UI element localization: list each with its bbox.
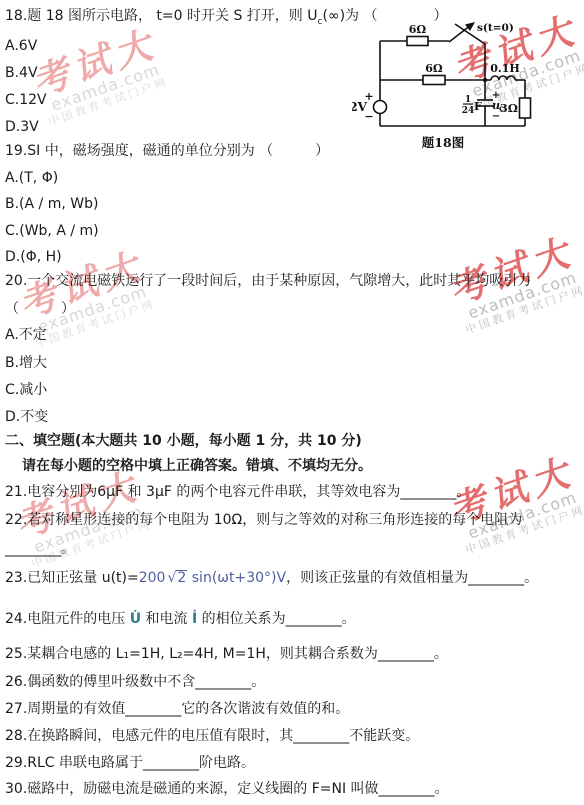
section-2-instruction: 请在每小题的空格中填上正确答案。错填、不填均无分。 [22, 458, 372, 475]
question-18-option-a: A.6V [5, 38, 37, 55]
question-22-line1: 22.若对称星形连接的每个电阻为 10Ω，则与之等效的对称三角形连接的每个电阻为 [5, 512, 522, 529]
question-21: 21.电容分别为6μF 和 3μF 的两个电容元件串联，其等效电容为______… [5, 484, 470, 501]
question-18-option-b: B.4V [5, 65, 38, 82]
question-20-option-b: B.增大 [5, 355, 47, 372]
sqrt-sign: √ [167, 570, 176, 586]
question-24-suffix: 的相位关系为________。 [197, 611, 355, 627]
question-24: 24.电阻元件的电压 U̇ 和电流 İ 的相位关系为________。 [5, 611, 356, 628]
question-27: 27.周期量的有效值________它的各次谐波有效值的和。 [5, 701, 349, 718]
voltage-phasor-symbol: U̇ [130, 611, 141, 627]
capacitor-fraction-denominator: 24 [462, 106, 475, 116]
question-19-option-d: D.(Φ, H) [5, 249, 62, 266]
question-23-suffix: ，则该正弦量的有效值相量为________。 [286, 570, 538, 586]
watermark-brand: 考试大 [445, 233, 579, 310]
inductor-label: 0.1H [490, 62, 520, 75]
question-20-option-c: C.减小 [5, 382, 47, 399]
switch-arrow-icon [465, 22, 475, 31]
watermark-site: 中国教育考试门户网 [47, 76, 171, 129]
question-19-option-c: C.(Wb, A / m) [5, 223, 99, 240]
formula-rest: sin(ωt+30°)V [187, 570, 286, 586]
question-23-formula: 200√2 sin(ωt+30°)V [139, 570, 286, 586]
question-24-prefix: 24.电阻元件的电压 [5, 611, 130, 627]
watermark: 考试大 examda.com 中国教育考试门户网 [28, 25, 172, 130]
question-22-line2: ________。 [5, 541, 75, 558]
resistor-mid-label: 6Ω [425, 62, 443, 75]
question-23: 23.已知正弦量 u(t)=200√2 sin(ωt+30°)V，则该正弦量的有… [5, 570, 538, 587]
question-20-option-d: D.不变 [5, 409, 48, 426]
question-18-option-c: C.12V [5, 92, 47, 109]
section-2-heading: 二、填空题(本大题共 10 小题，每小题 1 分，共 10 分) [5, 433, 362, 450]
formula-coefficient: 200 [139, 570, 166, 586]
watermark-domain: examda.com [49, 60, 167, 115]
figure-caption: 题18图 [422, 135, 464, 150]
question-29: 29.RLC 串联电路属于________阶电路。 [5, 755, 255, 772]
question-19-stem: 19.SI 中，磁场强度，磁通的单位分别为 （ ） [5, 143, 329, 160]
question-26: 26.偶函数的傅里叶级数中不含________。 [5, 674, 265, 691]
resistor-right-label: 3Ω [500, 101, 518, 115]
circuit-diagram-q18: 6Ω s(t=0) 6Ω 0.1H + 12V − 1 24 F + u c −… [352, 16, 584, 162]
question-20-answer-parens: （ ） [5, 301, 75, 318]
node-dot [483, 78, 487, 82]
question-20-stem: 20.一个交流电磁铁运行了一段时间后，由于某种原因，气隙增大，此时其平均吸引力 [5, 273, 531, 290]
resistor-top-label: 6Ω [409, 23, 427, 36]
radicand: 2 [176, 570, 187, 586]
watermark-brand: 考试大 [11, 467, 145, 544]
question-20-option-a: A.不定 [5, 327, 47, 344]
question-19-option-b: B.(A / m, Wb) [5, 196, 98, 213]
watermark-brand: 考试大 [28, 25, 162, 102]
watermark: 考试大 examda.com 中国教育考试门户网 [445, 453, 584, 558]
question-30: 30.磁路中，励磁电流是磁通的来源，定义线圈的 F=NI 叫做________。 [5, 781, 449, 798]
exam-page: 考试大 examda.com 中国教育考试门户网 考试大 examda.com … [0, 0, 584, 805]
watermark-site: 中国教育考试门户网 [464, 284, 584, 337]
capacitor-unit: F [474, 100, 482, 113]
question-28: 28.在换路瞬间，电感元件的电压值有限时，其________不能跃变。 [5, 728, 419, 745]
question-18-option-d: D.3V [5, 119, 39, 136]
question-19-option-a: A.(T, Φ) [5, 170, 58, 187]
question-24-middle: 和电流 [141, 611, 192, 627]
source-minus-sign: − [364, 110, 373, 123]
question-23-prefix: 23.已知正弦量 u(t)= [5, 570, 139, 586]
question-25: 25.某耦合电感的 L₁=1H, L₂=4H, M=1H，则其耦合系数为____… [5, 646, 448, 663]
question-18-text: 18.题 18 图所示电路， t=0 时开关 S 打开，则 U [5, 8, 318, 24]
switch-label: s(t=0) [477, 22, 514, 34]
